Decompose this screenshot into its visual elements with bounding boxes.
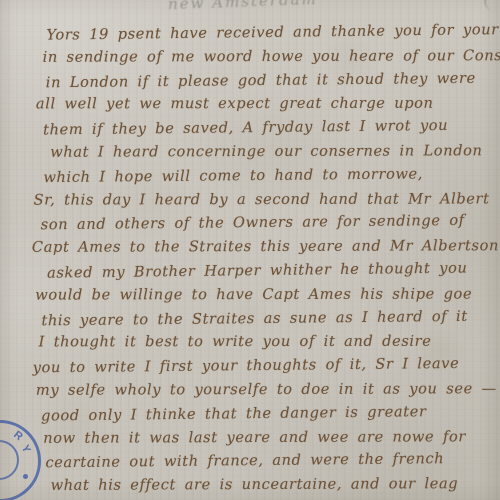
manuscript-line: would be willinge to have Capt Ames his … <box>35 282 488 307</box>
manuscript-line: ceartaine out with france, and were the … <box>45 447 489 475</box>
stamp-letter: R <box>11 429 25 443</box>
manuscript-line: Yors 19 psent have received and thanke y… <box>46 18 486 47</box>
manuscript-line: this yeare to the Straites as sune as I … <box>41 304 488 332</box>
manuscript-line: now then it was last yeare and wee are n… <box>43 425 489 450</box>
manuscript-line: son and others of the Owners are for sen… <box>41 209 488 237</box>
manuscript-line: good only I thinke that the danger is gr… <box>41 399 489 428</box>
letter-body: Yors 19 psent have received and thanke y… <box>28 19 489 498</box>
manuscript-line: I thought it best to write you of it and… <box>39 330 489 355</box>
manuscript-line: them if they be saved, A fryday last I w… <box>43 114 487 143</box>
stamp-letter: Y <box>18 443 32 455</box>
manuscript-line: Capt Ames to the Straites this yeare and… <box>32 234 488 259</box>
manuscript-line: what his effect are is unceartaine, and … <box>51 472 490 498</box>
manuscript-line: in sendinge of me woord howe you heare o… <box>43 44 487 69</box>
manuscript-line: which I hope will come to hand to morrow… <box>43 162 487 190</box>
stamp-dot <box>23 474 28 479</box>
manuscript-scan: { "document": { "type": "handwritten-let… <box>0 0 500 500</box>
manuscript-line: you to write I first your thoughts of it… <box>33 352 489 381</box>
manuscript-line: asked my Brother Harper whither he thoug… <box>47 256 488 285</box>
library-stamp-inner-ring <box>0 440 19 480</box>
manuscript-line: Sr, this day I heard by a second hand th… <box>34 187 488 212</box>
manuscript-line: my selfe wholy to yourselfe to doe in it… <box>36 377 489 402</box>
manuscript-line: all well yet we must expect great charge… <box>36 92 487 117</box>
manuscript-line: in London if it please god that it shoud… <box>46 66 487 94</box>
manuscript-line: what I heard concerninge our consernes i… <box>50 139 487 164</box>
